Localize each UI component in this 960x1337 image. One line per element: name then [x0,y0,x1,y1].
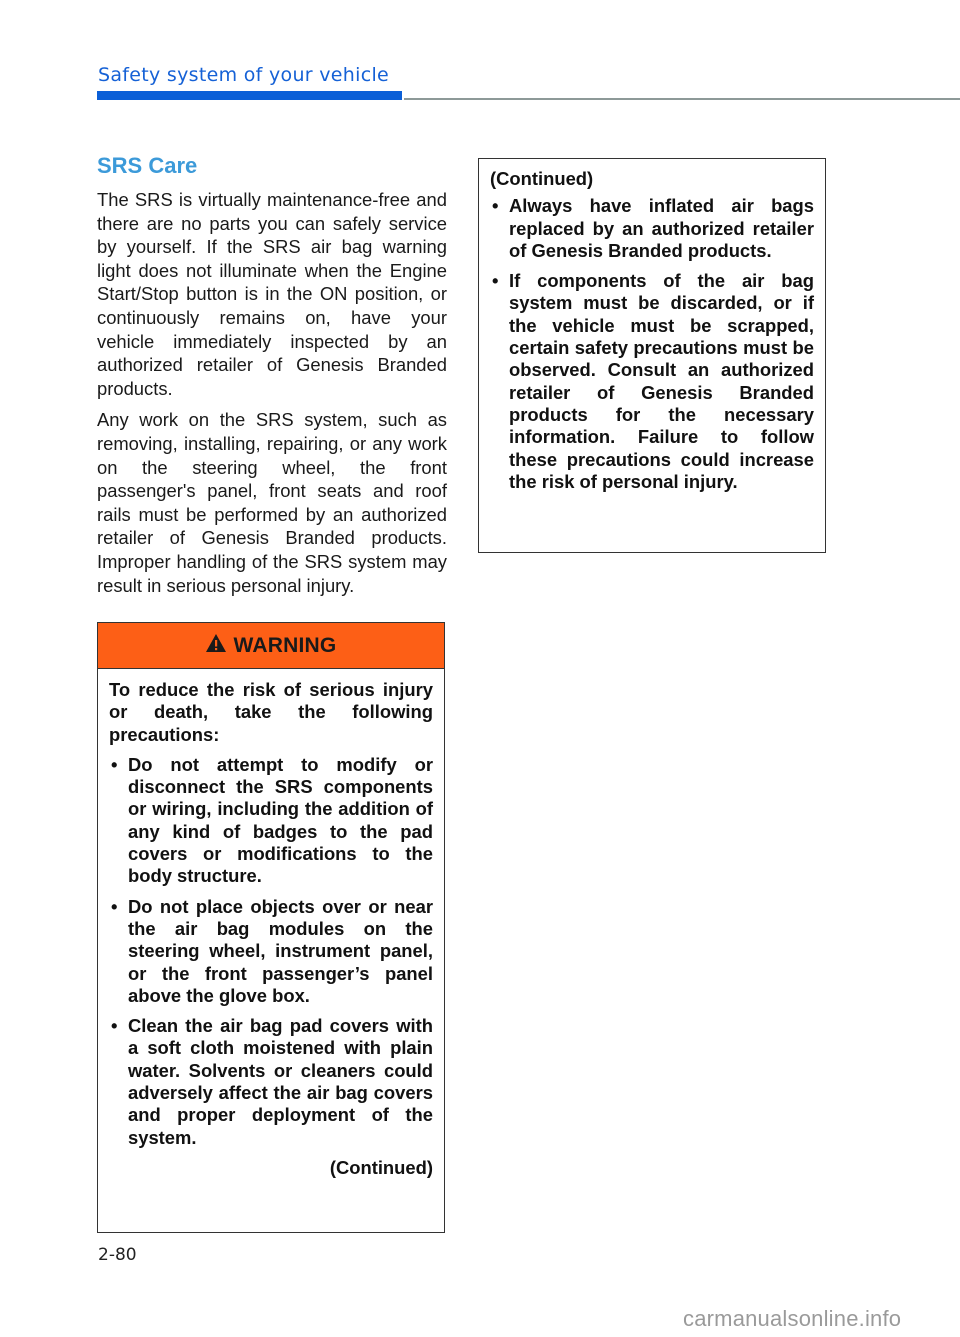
list-item: •Do not place objects over or near the a… [109,896,433,1007]
warning-list: •Do not attempt to modify or disconnect … [109,754,433,1149]
section-header-rule [404,98,960,100]
warning-triangle-icon [206,634,226,657]
warning-body: To reduce the risk of serious injury or … [98,669,444,1179]
warning-box: WARNING To reduce the risk of serious in… [97,622,445,1233]
body-paragraph: The SRS is virtually maintenance-free an… [97,188,447,400]
main-column: SRS Care The SRS is virtually maintenanc… [97,152,447,605]
continued-label: (Continued) [109,1157,433,1179]
warning-header: WARNING [98,623,444,669]
page-title: SRS Care [97,152,447,180]
body-paragraph: Any work on the SRS system, such as remo… [97,408,447,597]
warning-label: WARNING [234,634,337,658]
continuation-box: (Continued) •Always have inflated air ba… [478,158,826,553]
section-header-title: Safety system of your vehicle [98,64,389,86]
list-item: •If components of the air bag system mus… [490,270,814,493]
continuation-list: •Always have inflated air bags replaced … [490,195,814,493]
section-header-bar [97,91,402,100]
watermark: carmanualsonline.info [683,1306,901,1332]
warning-intro: To reduce the risk of serious injury or … [109,679,433,746]
list-item: •Do not attempt to modify or disconnect … [109,754,433,888]
list-item: •Always have inflated air bags replaced … [490,195,814,262]
page-number: 2-80 [98,1245,137,1265]
list-item: •Clean the air bag pad covers with a sof… [109,1015,433,1149]
continued-label: (Continued) [490,168,814,190]
